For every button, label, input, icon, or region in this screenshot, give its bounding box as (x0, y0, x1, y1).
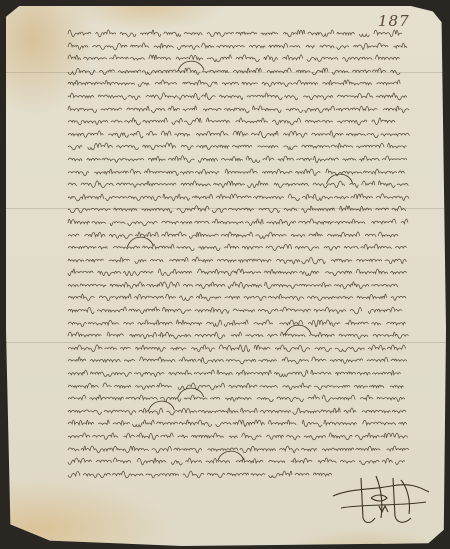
manuscript-line (68, 177, 408, 190)
manuscript-line (68, 429, 408, 442)
manuscript-line (68, 341, 408, 354)
manuscript-line (68, 114, 408, 127)
manuscript-line (68, 39, 408, 52)
manuscript-line (68, 278, 408, 291)
manuscript-line (68, 51, 408, 64)
manuscript-line (68, 190, 408, 203)
manuscript-line (68, 240, 408, 253)
manuscript-line (68, 353, 408, 366)
manuscript-line (68, 64, 408, 77)
manuscript-line (68, 253, 408, 266)
manuscript-page: 187 (6, 6, 446, 546)
manuscript-line (68, 165, 408, 178)
manuscript-line (68, 379, 408, 392)
water-stain (286, 526, 446, 549)
manuscript-line (68, 152, 408, 165)
manuscript-line (68, 391, 408, 404)
signature-flourish (331, 468, 431, 528)
manuscript-line (68, 265, 408, 278)
manuscript-line (68, 316, 408, 329)
manuscript-line (68, 26, 408, 39)
manuscript-line (68, 366, 408, 379)
manuscript-line (68, 328, 408, 341)
manuscript-line (68, 416, 408, 429)
manuscript-line (68, 139, 408, 152)
manuscript-line (68, 290, 408, 303)
manuscript-line (68, 454, 408, 467)
manuscript-line (68, 102, 408, 115)
manuscript-line (68, 127, 408, 140)
manuscript-line (68, 404, 408, 417)
water-stain (6, 476, 176, 549)
manuscript-line (68, 215, 408, 228)
manuscript-line (68, 89, 408, 102)
manuscript-line (68, 228, 408, 241)
manuscript-line (68, 202, 408, 215)
manuscript-line (68, 442, 408, 455)
manuscript-text (68, 26, 408, 479)
manuscript-line (68, 303, 408, 316)
manuscript-line (68, 76, 408, 89)
